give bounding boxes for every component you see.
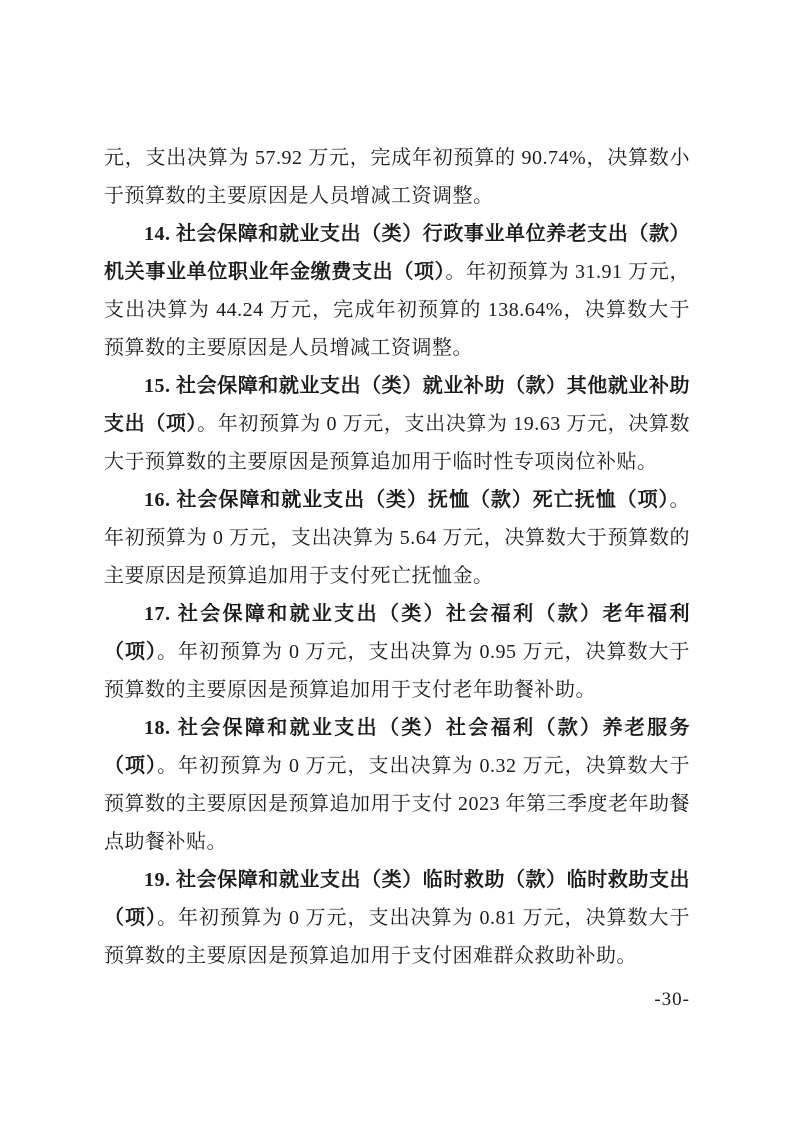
document-content: 元，支出决算为 57.92 万元，完成年初预算的 90.74%，决算数小于预算数…: [104, 139, 690, 975]
paragraph-item-15: 15. 社会保障和就业支出（类）就业补助（款）其他就业补助支出（项）。年初预算为…: [104, 367, 690, 481]
paragraph-lead: 16. 社会保障和就业支出（类）抚恤（款）死亡抚恤（项）: [144, 489, 670, 511]
page-number: -30-: [654, 989, 690, 1011]
paragraph-item-18: 18. 社会保障和就业支出（类）社会福利（款）养老服务（项）。年初预算为 0 万…: [104, 709, 690, 861]
paragraph-body: 。年初预算为 0 万元，支出决算为 0.95 万元，决算数大于预算数的主要原因是…: [104, 641, 690, 701]
paragraph-item-17: 17. 社会保障和就业支出（类）社会福利（款）老年福利（项）。年初预算为 0 万…: [104, 595, 690, 709]
paragraph-item-19: 19. 社会保障和就业支出（类）临时救助（款）临时救助支出（项）。年初预算为 0…: [104, 861, 690, 975]
paragraph-item-14: 14. 社会保障和就业支出（类）行政事业单位养老支出（款）机关事业单位职业年金缴…: [104, 215, 690, 367]
paragraph-body: 。年初预算为 0 万元，支出决算为 0.81 万元，决算数大于预算数的主要原因是…: [104, 907, 690, 967]
paragraph-body: 。年初预算为 0 万元，支出决算为 0.32 万元，决算数大于预算数的主要原因是…: [104, 755, 690, 853]
paragraph-continuation: 元，支出决算为 57.92 万元，完成年初预算的 90.74%，决算数小于预算数…: [104, 139, 690, 215]
document-page: 元，支出决算为 57.92 万元，完成年初预算的 90.74%，决算数小于预算数…: [0, 0, 793, 1122]
paragraph-item-16: 16. 社会保障和就业支出（类）抚恤（款）死亡抚恤（项）。年初预算为 0 万元，…: [104, 481, 690, 595]
paragraph-body: 元，支出决算为 57.92 万元，完成年初预算的 90.74%，决算数小于预算数…: [104, 147, 690, 207]
